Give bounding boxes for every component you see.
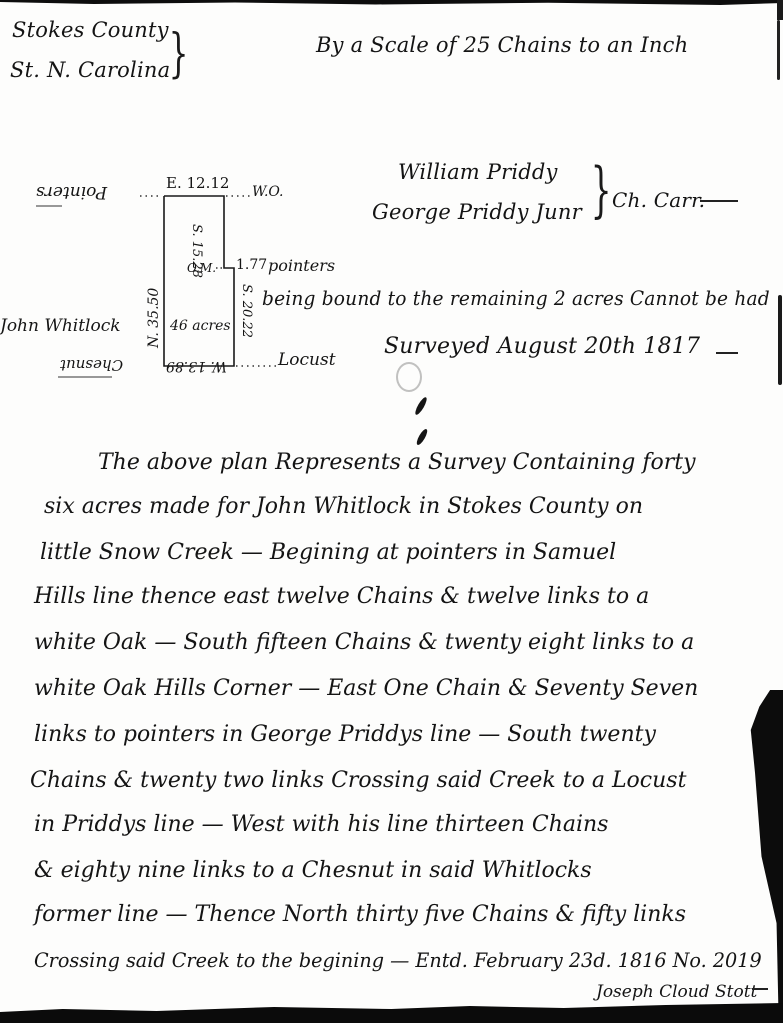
description-line: links to pointers in George Priddys line… — [34, 722, 656, 747]
entry-line: Crossing said Creek to the begining — En… — [34, 948, 762, 972]
plat-bearing-right-lower: S. 20.22 — [239, 284, 254, 338]
plat-corner-label: Locust — [278, 350, 336, 370]
county-heading: Stokes County — [12, 18, 169, 42]
scan-edge-corner — [777, 0, 783, 20]
flourish-dash — [752, 988, 768, 990]
description-line: little Snow Creek — Begining at pointers… — [40, 540, 616, 565]
plat-bearing-left: N. 35.50 — [146, 288, 162, 348]
plat-corner-label: W.O. — [252, 184, 284, 200]
chain-carrier-name: George Priddy Junr — [372, 200, 582, 224]
plat-bearing-notch: 1.77 — [236, 257, 267, 273]
flourish-dash — [716, 352, 738, 354]
chain-carrier-name: William Priddy — [398, 160, 558, 184]
description-line: white Oak Hills Corner — East One Chain … — [34, 676, 698, 701]
plat-bearing-bottom: W. 13.89 — [166, 358, 227, 374]
scan-edge-right-shadow — [740, 690, 783, 1023]
description-line: Chains & twenty two links Crossing said … — [30, 768, 686, 793]
plat-bearing-top: E. 12.12 — [166, 174, 229, 192]
scan-edge-mark — [777, 20, 780, 80]
plat-corner-label: pointers — [268, 256, 335, 275]
scan-edge-mark — [778, 295, 782, 385]
chain-carrier-role: Ch. Carr. — [612, 188, 705, 212]
description-line: white Oak — South fifteen Chains & twent… — [34, 630, 694, 655]
plat-area-label: 46 acres — [170, 318, 231, 334]
survey-date-note: Surveyed August 20th 1817 — [384, 334, 700, 359]
description-line: former line — Thence North thirty five C… — [34, 902, 686, 927]
state-heading: St. N. Carolina — [10, 58, 170, 82]
survey-document-page: Stokes County St. N. Carolina } By a Sca… — [0, 0, 783, 1023]
description-line: Hills line thence east twelve Chains & t… — [34, 584, 649, 609]
ink-stroke — [413, 396, 428, 416]
brace-icon: } — [591, 160, 612, 220]
plat-diagram: Pointers E. 12.12 W.O. S. 15.28 O.M. 1.7… — [0, 160, 360, 400]
flourish-dash — [700, 200, 738, 202]
description-line: & eighty nine links to a Chesnut in said… — [34, 858, 592, 883]
scan-edge-bottom — [0, 1003, 783, 1023]
plat-owner-label: John Whitlock — [0, 316, 121, 336]
plat-inner-label: O.M. — [187, 261, 216, 275]
description-line: six acres made for John Whitlock in Stok… — [44, 494, 643, 519]
description-line: The above plan Represents a Survey Conta… — [98, 450, 696, 475]
boundary-note: being bound to the remaining 2 acres Can… — [262, 286, 770, 310]
scan-edge-top — [0, 0, 783, 5]
scale-note: By a Scale of 25 Chains to an Inch — [316, 33, 688, 57]
surveyor-signature: Joseph Cloud Stott — [596, 982, 757, 1002]
description-line: in Priddys line — West with his line thi… — [34, 812, 608, 837]
plat-corner-label: Pointers — [36, 182, 107, 202]
ink-stroke — [415, 428, 429, 447]
brace-icon: } — [169, 28, 189, 80]
plat-corner-label: Chesnut — [60, 356, 123, 374]
ink-stain — [396, 362, 422, 392]
